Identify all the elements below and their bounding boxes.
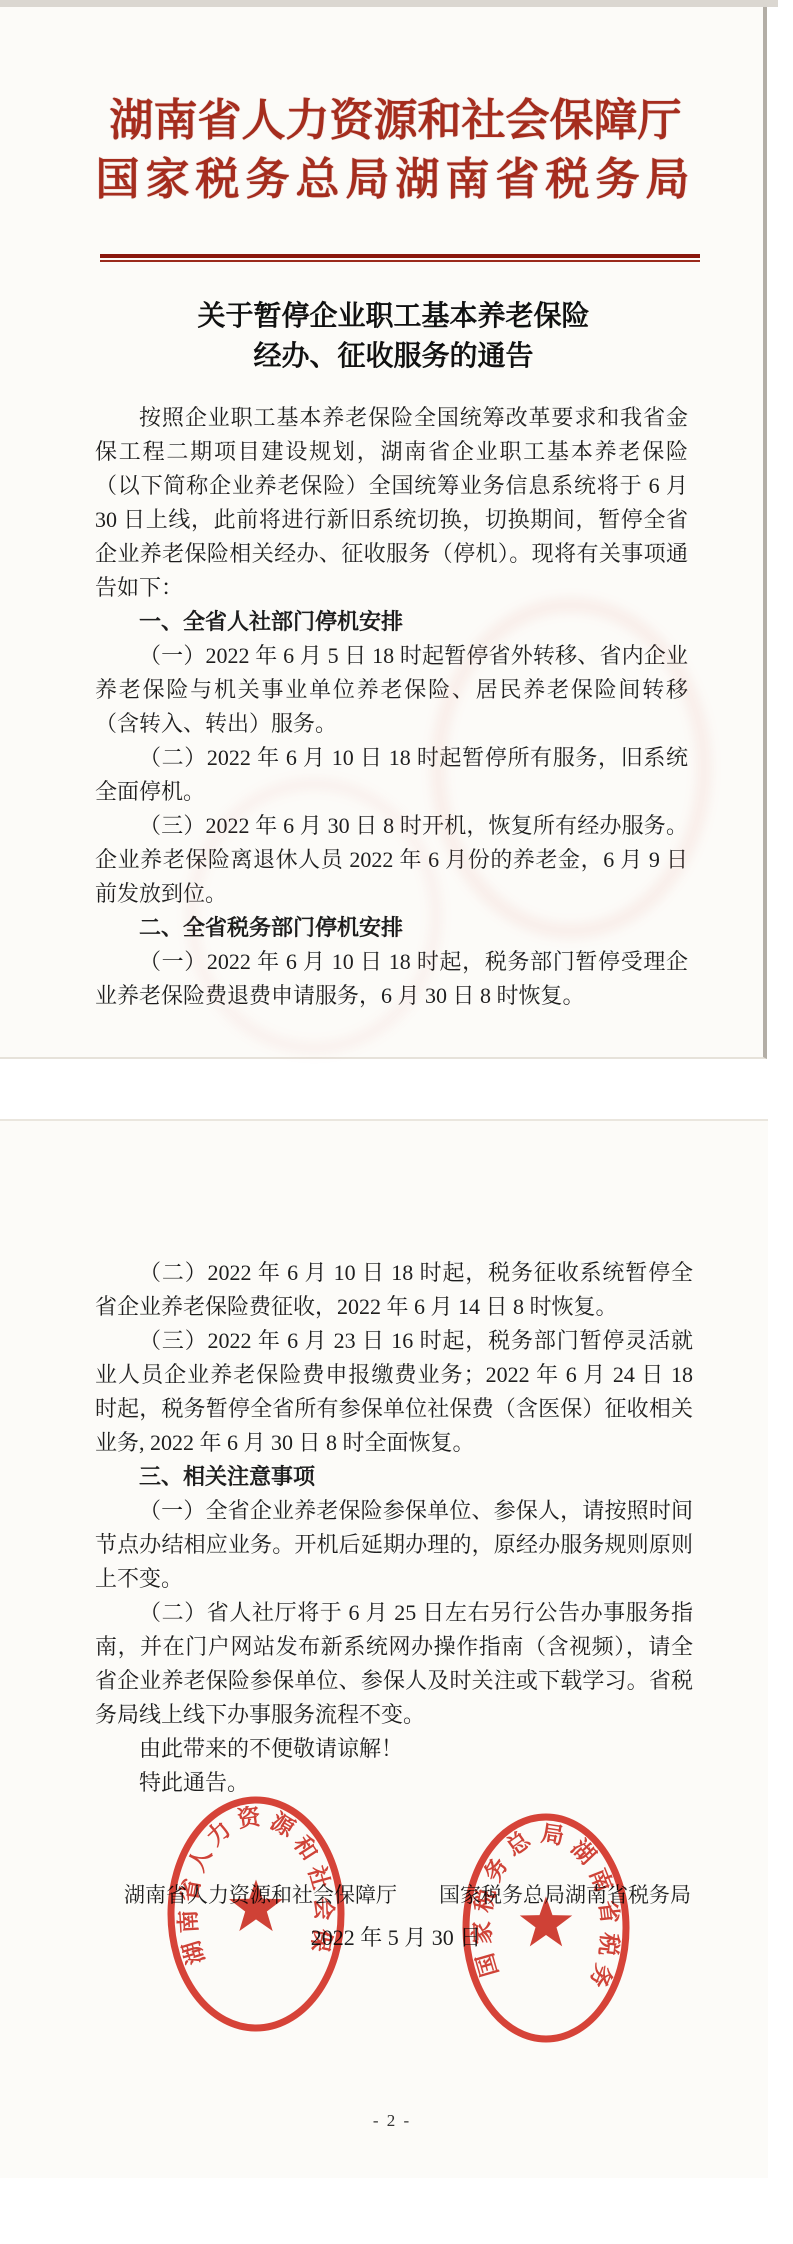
official-seal-right: 国家税务总局湖南省税务局 xyxy=(451,1806,641,2051)
official-seal-left: 湖南省人力资源和社会保障厅 xyxy=(156,1789,356,2039)
paragraph: 由此带来的不便敬请谅解！ xyxy=(95,1732,693,1766)
red-divider-rule xyxy=(100,254,700,263)
notice-title-line-1: 关于暂停企业职工基本养老保险 xyxy=(12,296,775,336)
page-number: - 2 - xyxy=(8,2111,776,2131)
section-heading: 一、全省人社部门停机安排 xyxy=(95,605,688,639)
red-star-icon xyxy=(520,1896,572,1946)
section-heading: 三、相关注意事项 xyxy=(95,1460,693,1494)
page-2-body: （二）2022 年 6 月 10 日 18 时起，税务征收系统暂停全省企业养老保… xyxy=(95,1121,693,1800)
agency-name-line-2: 国家税务总局湖南省税务局 xyxy=(14,150,777,209)
seal-text-right: 国家税务总局湖南省税务局 xyxy=(451,1806,623,1992)
paragraph: （三）2022 年 6 月 30 日 8 时开机，恢复所有经办服务。企业养老保险… xyxy=(95,809,688,911)
red-star-icon xyxy=(229,1880,283,1932)
scanned-notice-document: 湖南省人力资源和社会保障厅 国家税务总局湖南省税务局 关于暂停企业职工基本养老保… xyxy=(0,0,793,2244)
section-heading: 二、全省税务部门停机安排 xyxy=(95,911,688,945)
paragraph: （一）2022 年 6 月 10 日 18 时起，税务部门暂停受理企业养老保险费… xyxy=(95,945,688,1013)
scan-edge-top xyxy=(0,0,778,7)
letterhead: 湖南省人力资源和社会保障厅 国家税务总局湖南省税务局 xyxy=(14,91,777,209)
notice-page-1: 湖南省人力资源和社会保障厅 国家税务总局湖南省税务局 关于暂停企业职工基本养老保… xyxy=(0,7,767,1059)
paragraph: （三）2022 年 6 月 23 日 16 时起，税务部门暂停灵活就业人员企业养… xyxy=(95,1324,693,1460)
page-1-body: 按照企业职工基本养老保险全国统筹改革要求和我省金保工程二期项目建设规划，湖南省企… xyxy=(95,401,688,1013)
issue-date: 2022 年 5 月 30 日 xyxy=(12,1921,780,1952)
paragraph: （一）全省企业养老保险参保单位、参保人，请按照时间节点办结相应业务。开机后延期办… xyxy=(95,1494,693,1596)
paragraph: （一）2022 年 6 月 5 日 18 时起暂停省外转移、省内企业养老保险与机… xyxy=(95,639,688,741)
notice-title: 关于暂停企业职工基本养老保险 经办、征收服务的通告 xyxy=(12,296,775,376)
agency-name-line-1: 湖南省人力资源和社会保障厅 xyxy=(14,91,777,150)
paragraph: （二）2022 年 6 月 10 日 18 时起暂停所有服务，旧系统全面停机。 xyxy=(95,741,688,809)
notice-title-line-2: 经办、征收服务的通告 xyxy=(12,336,775,376)
paragraph: 按照企业职工基本养老保险全国统筹改革要求和我省金保工程二期项目建设规划，湖南省企… xyxy=(95,401,688,605)
seal-text-left: 湖南省人力资源和社会保障厅 xyxy=(156,1789,337,1967)
paragraph: （二）省人社厅将于 6 月 25 日左右另行公告办事服务指南，并在门户网站发布新… xyxy=(95,1596,693,1732)
paragraph: （二）2022 年 6 月 10 日 18 时起，税务征收系统暂停全省企业养老保… xyxy=(95,1256,693,1324)
notice-page-2: （二）2022 年 6 月 10 日 18 时起，税务征收系统暂停全省企业养老保… xyxy=(0,1119,768,2178)
